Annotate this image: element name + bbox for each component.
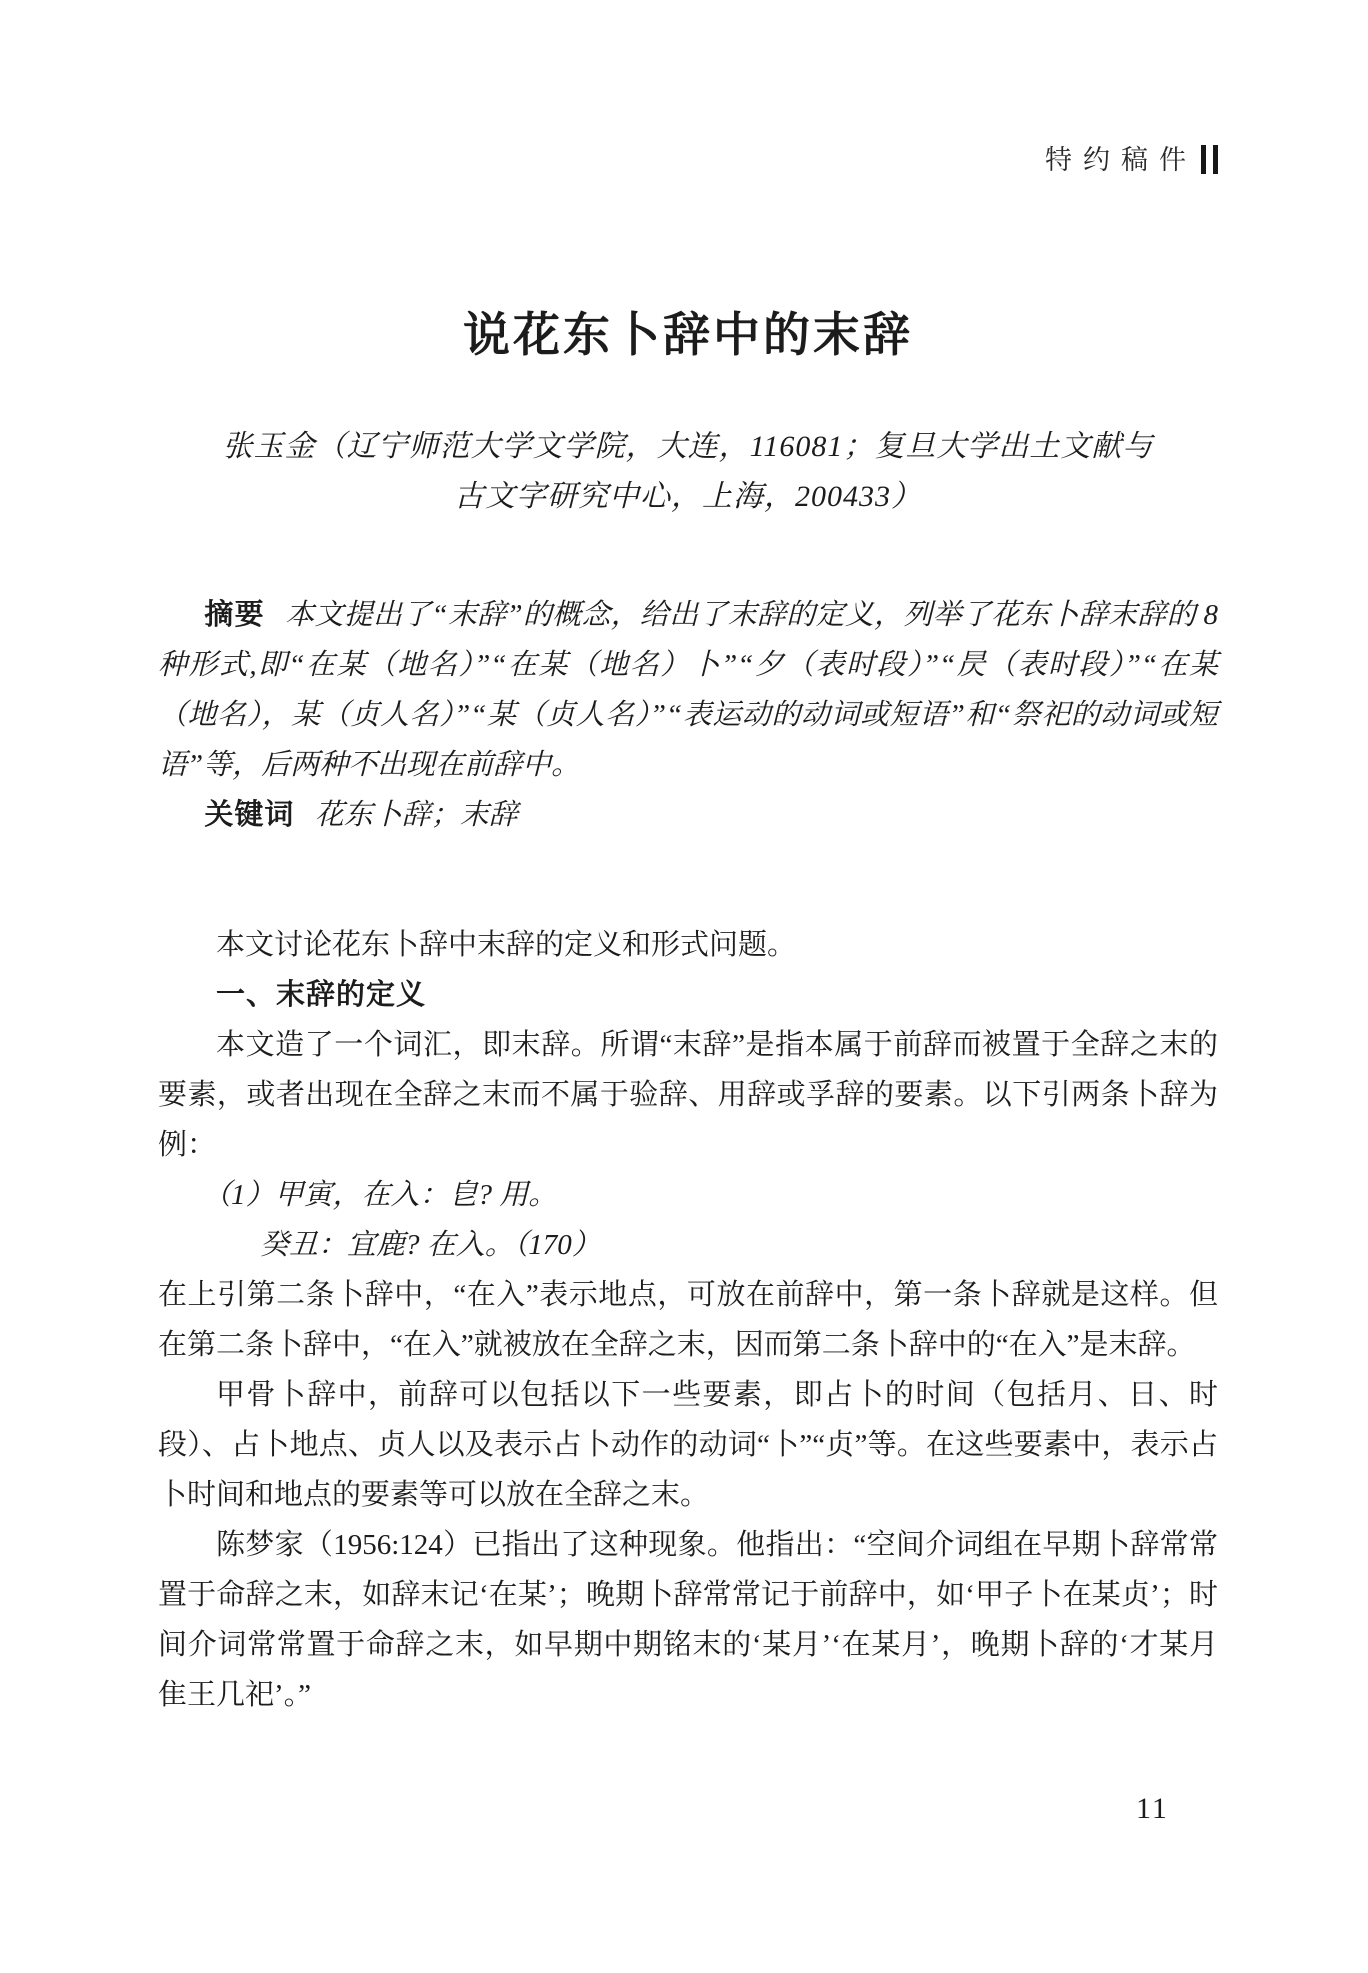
analysis-paragraph: 在上引第二条卜辞中，“在入”表示地点，可放在前辞中，第一条卜辞就是这样。但在第二… [158, 1270, 1218, 1370]
definition-paragraph: 本文造了一个词汇，即末辞。所谓“末辞”是指本属于前辞而被置于全辞之末的要素，或者… [158, 1020, 1218, 1170]
keywords-text: 花东卜辞；末辞 [315, 799, 518, 831]
abstract-label: 摘要 [204, 599, 265, 631]
abstract-block: 摘要本文提出了“末辞”的概念，给出了末辞的定义，列举了花东卜辞末辞的 8 种形式… [158, 590, 1218, 840]
author-line-1: 张玉金（辽宁师范大学文学院，大连，116081；复旦大学出土文献与 [158, 422, 1218, 472]
oracle-example-2: 癸丑：宜鹿? 在入。（170） [158, 1220, 1218, 1270]
oracle-example-1: （1）甲寅，在入：皀? 用。 [158, 1170, 1218, 1220]
section-heading-1: 一、末辞的定义 [158, 970, 1218, 1020]
running-header: 特约稿件 [158, 0, 1218, 172]
preface-elements-paragraph: 甲骨卜辞中，前辞可以包括以下一些要素，即占卜的时间（包括月、日、时段）、占卜地点… [158, 1370, 1218, 1520]
double-bar-mark [1201, 145, 1218, 174]
chenmengjia-paragraph: 陈梦家（1956:124）已指出了这种现象。他指出：“空间介词组在早期卜辞常常置… [158, 1520, 1218, 1720]
abstract-paragraph: 摘要本文提出了“末辞”的概念，给出了末辞的定义，列举了花东卜辞末辞的 8 种形式… [158, 590, 1218, 790]
author-affiliation: 张玉金（辽宁师范大学文学院，大连，116081；复旦大学出土文献与 古文字研究中… [158, 422, 1218, 522]
page-number: 11 [1136, 1792, 1169, 1826]
page-content: 特约稿件 说花东卜辞中的末辞 张玉金（辽宁师范大学文学院，大连，116081；复… [0, 0, 1368, 1720]
abstract-text: 本文提出了“末辞”的概念，给出了末辞的定义，列举了花东卜辞末辞的 8 种形式,即… [158, 599, 1218, 781]
column-tag: 特约稿件 [1045, 145, 1197, 175]
keywords-line: 关键词花东卜辞；末辞 [158, 790, 1218, 840]
keywords-label: 关键词 [204, 799, 294, 831]
intro-paragraph: 本文讨论花东卜辞中末辞的定义和形式问题。 [158, 920, 1218, 970]
author-line-2: 古文字研究中心，上海，200433） [158, 472, 1218, 522]
article-body: 本文讨论花东卜辞中末辞的定义和形式问题。 一、末辞的定义 本文造了一个词汇，即末… [158, 920, 1218, 1720]
article-title: 说花东卜辞中的末辞 [158, 310, 1218, 362]
journal-page: 特约稿件 说花东卜辞中的末辞 张玉金（辽宁师范大学文学院，大连，116081；复… [0, 0, 1368, 1973]
